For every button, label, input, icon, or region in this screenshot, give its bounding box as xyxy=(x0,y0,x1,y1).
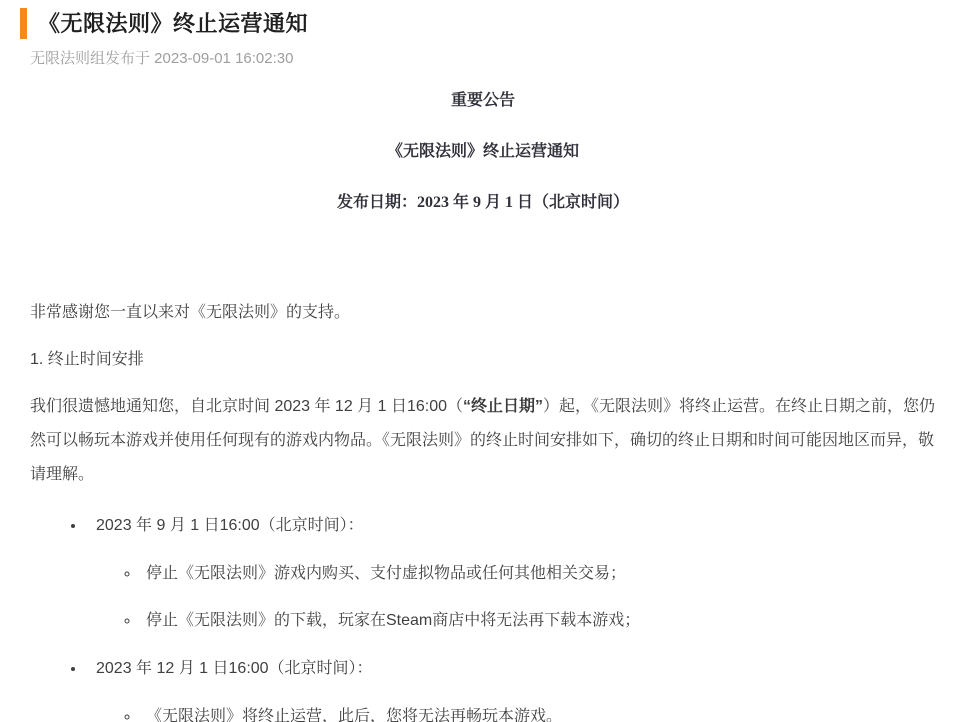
paragraph-thanks: 非常感谢您一直以来对《无限法则》的支持。 xyxy=(30,296,936,330)
notice-text-bold-termination-date: “终止日期” xyxy=(463,398,543,415)
heading-termination-title: 《无限法则》终止运营通知 xyxy=(30,143,936,161)
section-1-title: 1. 终止时间安排 xyxy=(30,343,936,377)
sub-item-service-termination: 《无限法则》将终止运营，此后，您将无法再畅玩本游戏。 xyxy=(140,706,936,722)
notice-text-part1: 我们很遗憾地通知您，自北京时间 2023 年 12 月 1 日16:00（ xyxy=(30,398,463,415)
schedule-item-label: 2023 年 9 月 1 日16:00（北京时间）： xyxy=(96,517,364,534)
september-sub-list: 停止《无限法则》游戏内购买、支付虚拟物品或任何其他相关交易； 停止《无限法则》的… xyxy=(140,563,936,631)
paragraph-termination-notice: 我们很遗憾地通知您，自北京时间 2023 年 12 月 1 日16:00（“终止… xyxy=(30,390,936,492)
schedule-item-september: 2023 年 9 月 1 日16:00（北京时间）： 停止《无限法则》游戏内购买… xyxy=(86,515,936,631)
title-accent-bar xyxy=(20,8,27,39)
heading-important-notice: 重要公告 xyxy=(30,92,936,110)
sub-item-stop-purchases: 停止《无限法则》游戏内购买、支付虚拟物品或任何其他相关交易； xyxy=(140,563,936,584)
announcement-body: 重要公告 《无限法则》终止运营通知 发布日期：2023 年 9 月 1 日（北京… xyxy=(30,92,936,722)
page-title: 《无限法则》终止运营通知 xyxy=(38,8,308,39)
publish-meta: 无限法则组发布于 2023-09-01 16:02:30 xyxy=(30,50,936,68)
schedule-item-label: 2023 年 12 月 1 日16:00（北京时间）： xyxy=(96,660,373,677)
announcement-page: 《无限法则》终止运营通知 无限法则组发布于 2023-09-01 16:02:3… xyxy=(0,8,966,722)
sub-item-stop-downloads: 停止《无限法则》的下载，玩家在Steam商店中将无法再下载本游戏； xyxy=(140,610,936,631)
article-header: 《无限法则》终止运营通知 xyxy=(20,8,936,39)
termination-schedule-list: 2023 年 9 月 1 日16:00（北京时间）： 停止《无限法则》游戏内购买… xyxy=(86,515,936,722)
schedule-item-december: 2023 年 12 月 1 日16:00（北京时间）： 《无限法则》将终止运营，… xyxy=(86,658,936,722)
december-sub-list: 《无限法则》将终止运营，此后，您将无法再畅玩本游戏。 xyxy=(140,706,936,722)
heading-publish-date: 发布日期：2023 年 9 月 1 日（北京时间） xyxy=(30,194,936,212)
